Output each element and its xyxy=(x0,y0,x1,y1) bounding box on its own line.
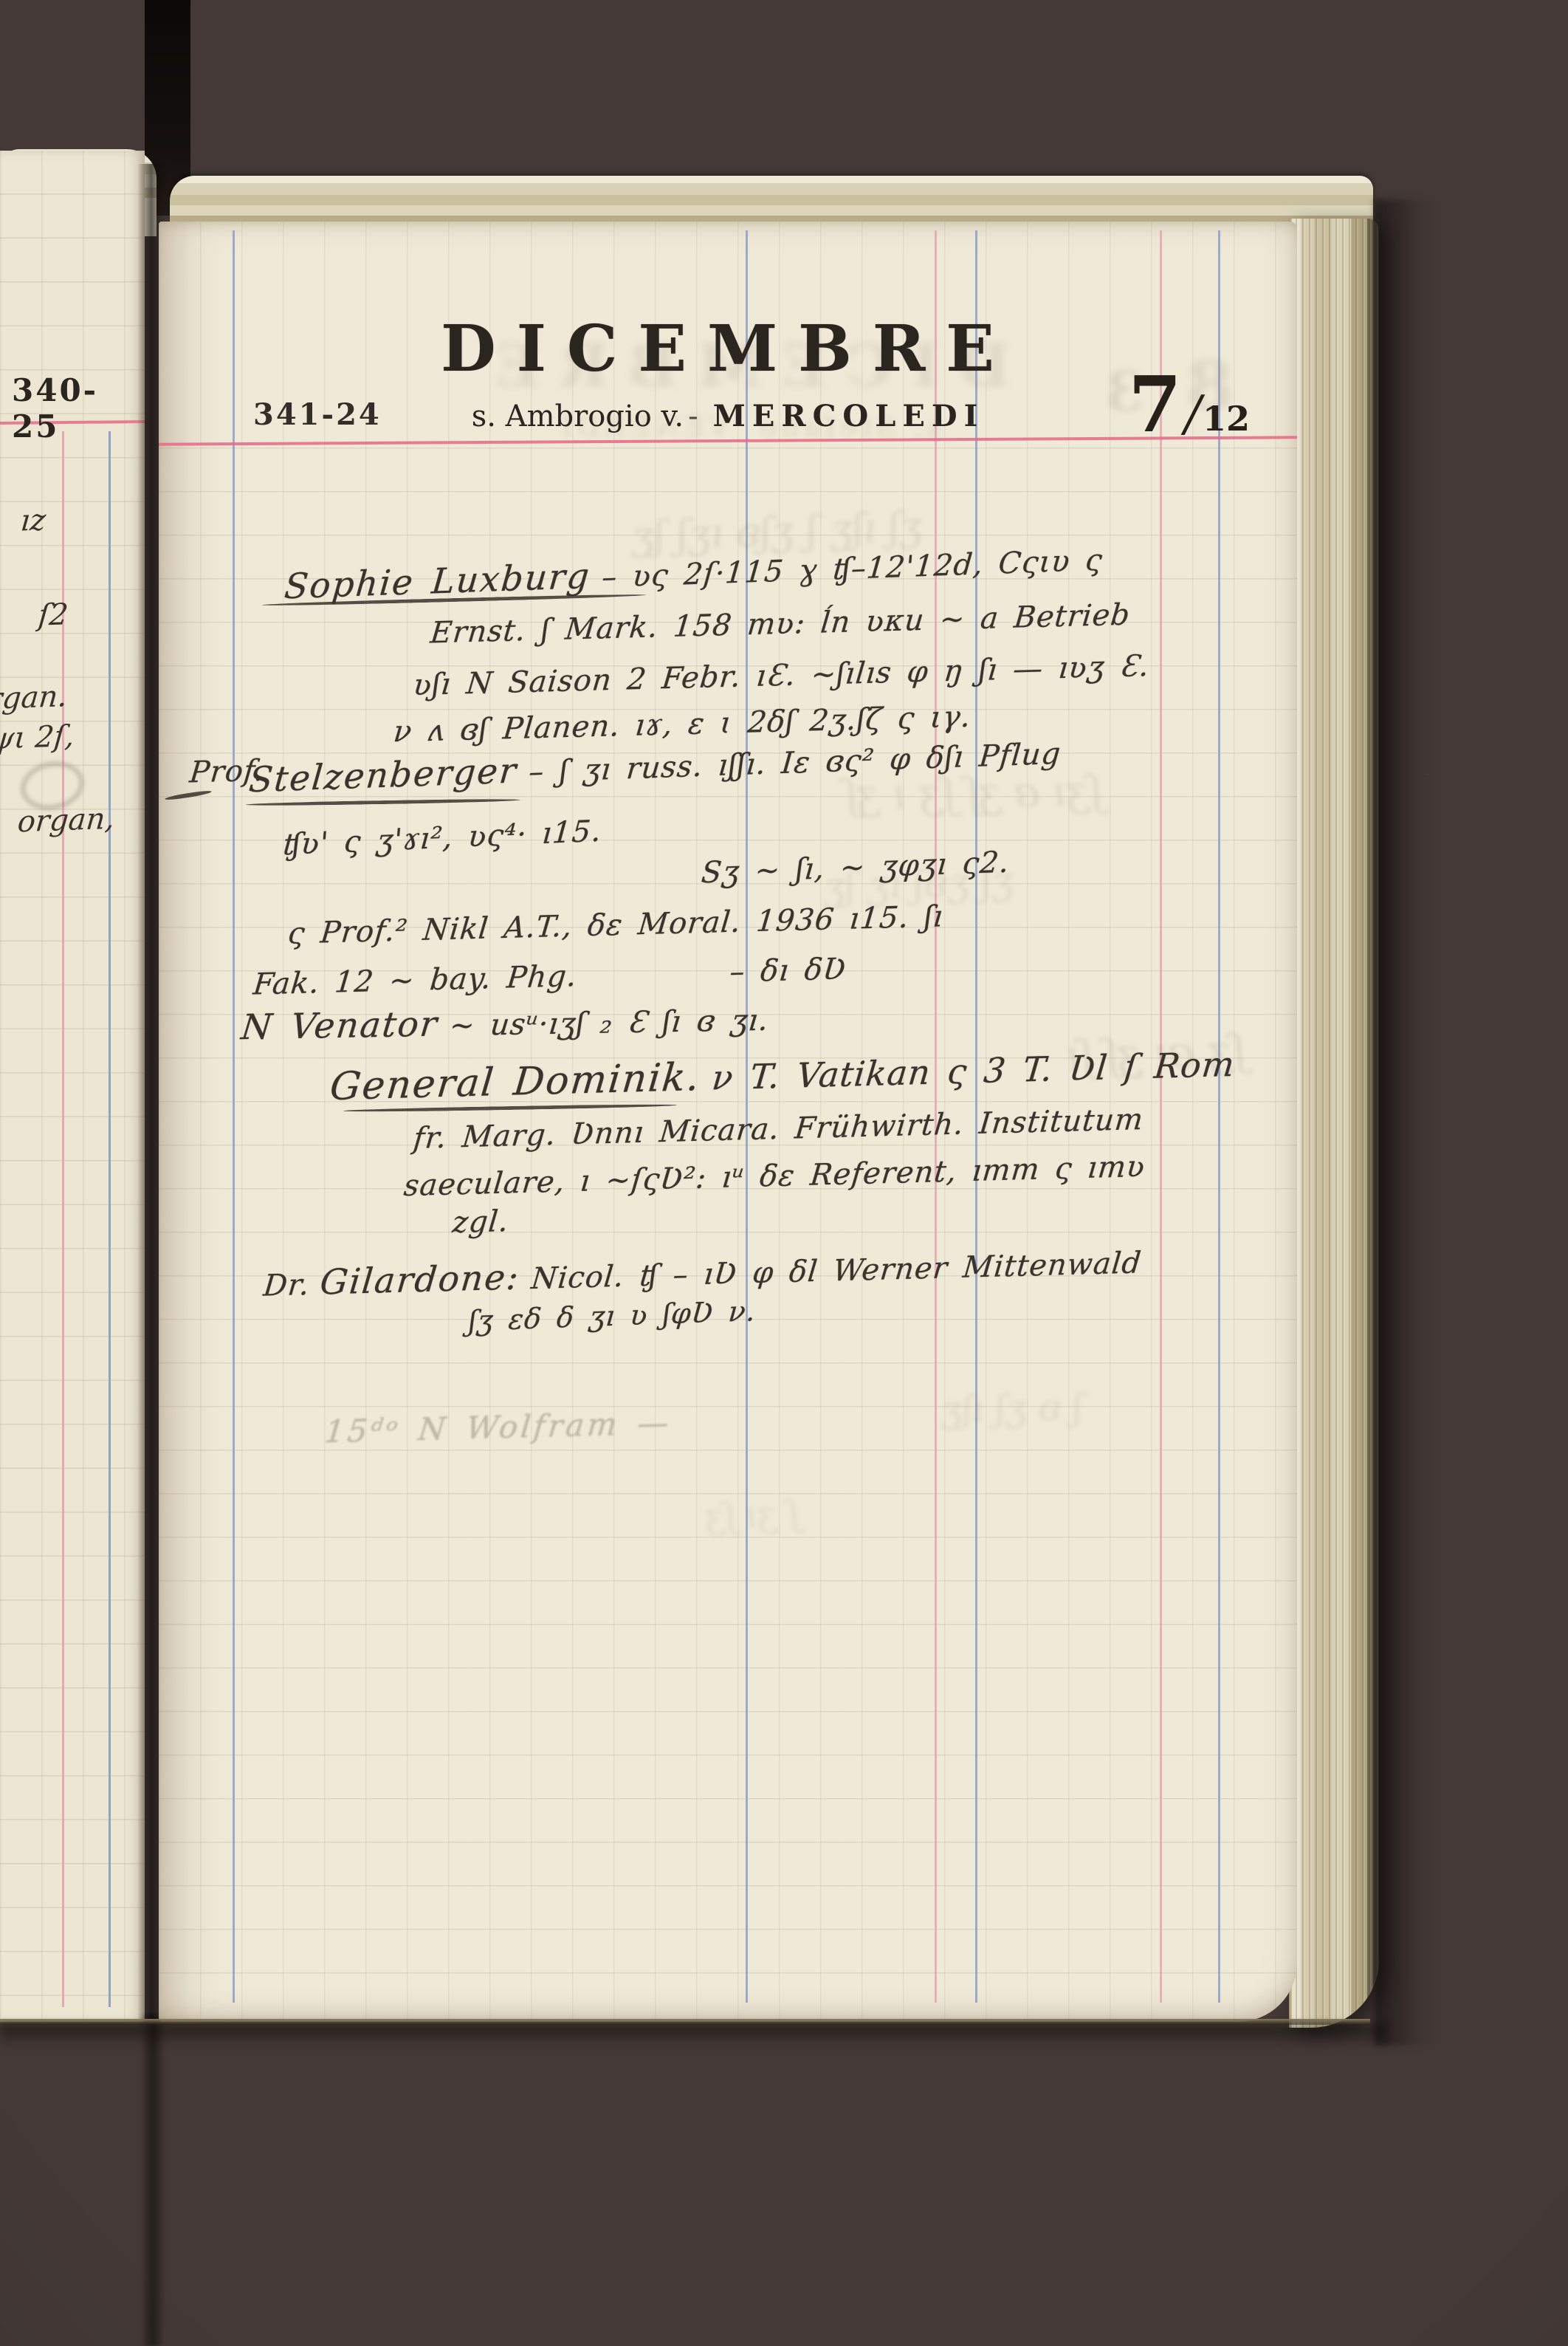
handwriting-fragment: organ, xyxy=(16,802,116,840)
handwriting-fragment: ız xyxy=(19,503,47,538)
diary-page: DICEMBRE s. Stefano VENERDI 3 8 ʒʃ ʃʒı ɞ… xyxy=(159,222,1297,2022)
ruling-line-blue xyxy=(1218,230,1220,2003)
header-sub-row: 341-24 s. Ambrogio v.-MERCOLEDI 7 / 12 xyxy=(159,391,1297,443)
ruling-line-pink xyxy=(1160,230,1162,2003)
entry-line: zgl. xyxy=(451,1204,511,1240)
left-page-blue-line xyxy=(109,431,111,2007)
entry-name: N Venator xyxy=(239,1004,440,1049)
handwriting-fragment: rgan. xyxy=(0,679,69,716)
slash-glyph: / xyxy=(1185,392,1201,436)
entry-name: Gilardone: xyxy=(318,1257,522,1303)
day-number: 7 xyxy=(1128,372,1181,437)
month-title: DICEMBRE xyxy=(159,312,1297,386)
book-bottom-shadow xyxy=(0,2025,1388,2047)
day-of-month: 7 / 12 xyxy=(1128,372,1250,437)
saint-name: s. Ambrogio v. xyxy=(472,399,684,433)
gutter-shadow-below xyxy=(140,2014,165,2346)
handwriting-fragment: ψι 2ſ, xyxy=(0,719,76,756)
left-page-strip: 340-25 ız ſ2 rgan. ψι 2ſ, organ, xyxy=(0,151,145,2022)
handwriting-fragment: ſ2 xyxy=(37,597,69,633)
ruling-line-blue xyxy=(233,230,235,2003)
book-right-shadow xyxy=(1375,199,1434,2045)
entry-shorthand: ~ usᵘ·ıʒʃ ₂ Ɛ ʃı ɞ ʒı. xyxy=(448,1004,771,1043)
weekday-name: MERCOLEDI xyxy=(713,399,985,433)
month-number: 12 xyxy=(1203,402,1250,436)
left-page-code: 340-25 xyxy=(12,372,145,445)
photo-backdrop: 340-25 ız ſ2 rgan. ψι 2ſ, organ, DICEMBR… xyxy=(0,0,1568,2346)
entry-prefix: Dr. xyxy=(262,1268,312,1303)
saint-and-weekday: s. Ambrogio v.-MERCOLEDI xyxy=(159,399,1297,433)
book-bottom-edge xyxy=(0,2019,1370,2025)
left-page-pink-line xyxy=(62,431,64,2007)
right-page-stack-edge xyxy=(1289,219,1379,2028)
separator-dash: - xyxy=(688,399,698,433)
